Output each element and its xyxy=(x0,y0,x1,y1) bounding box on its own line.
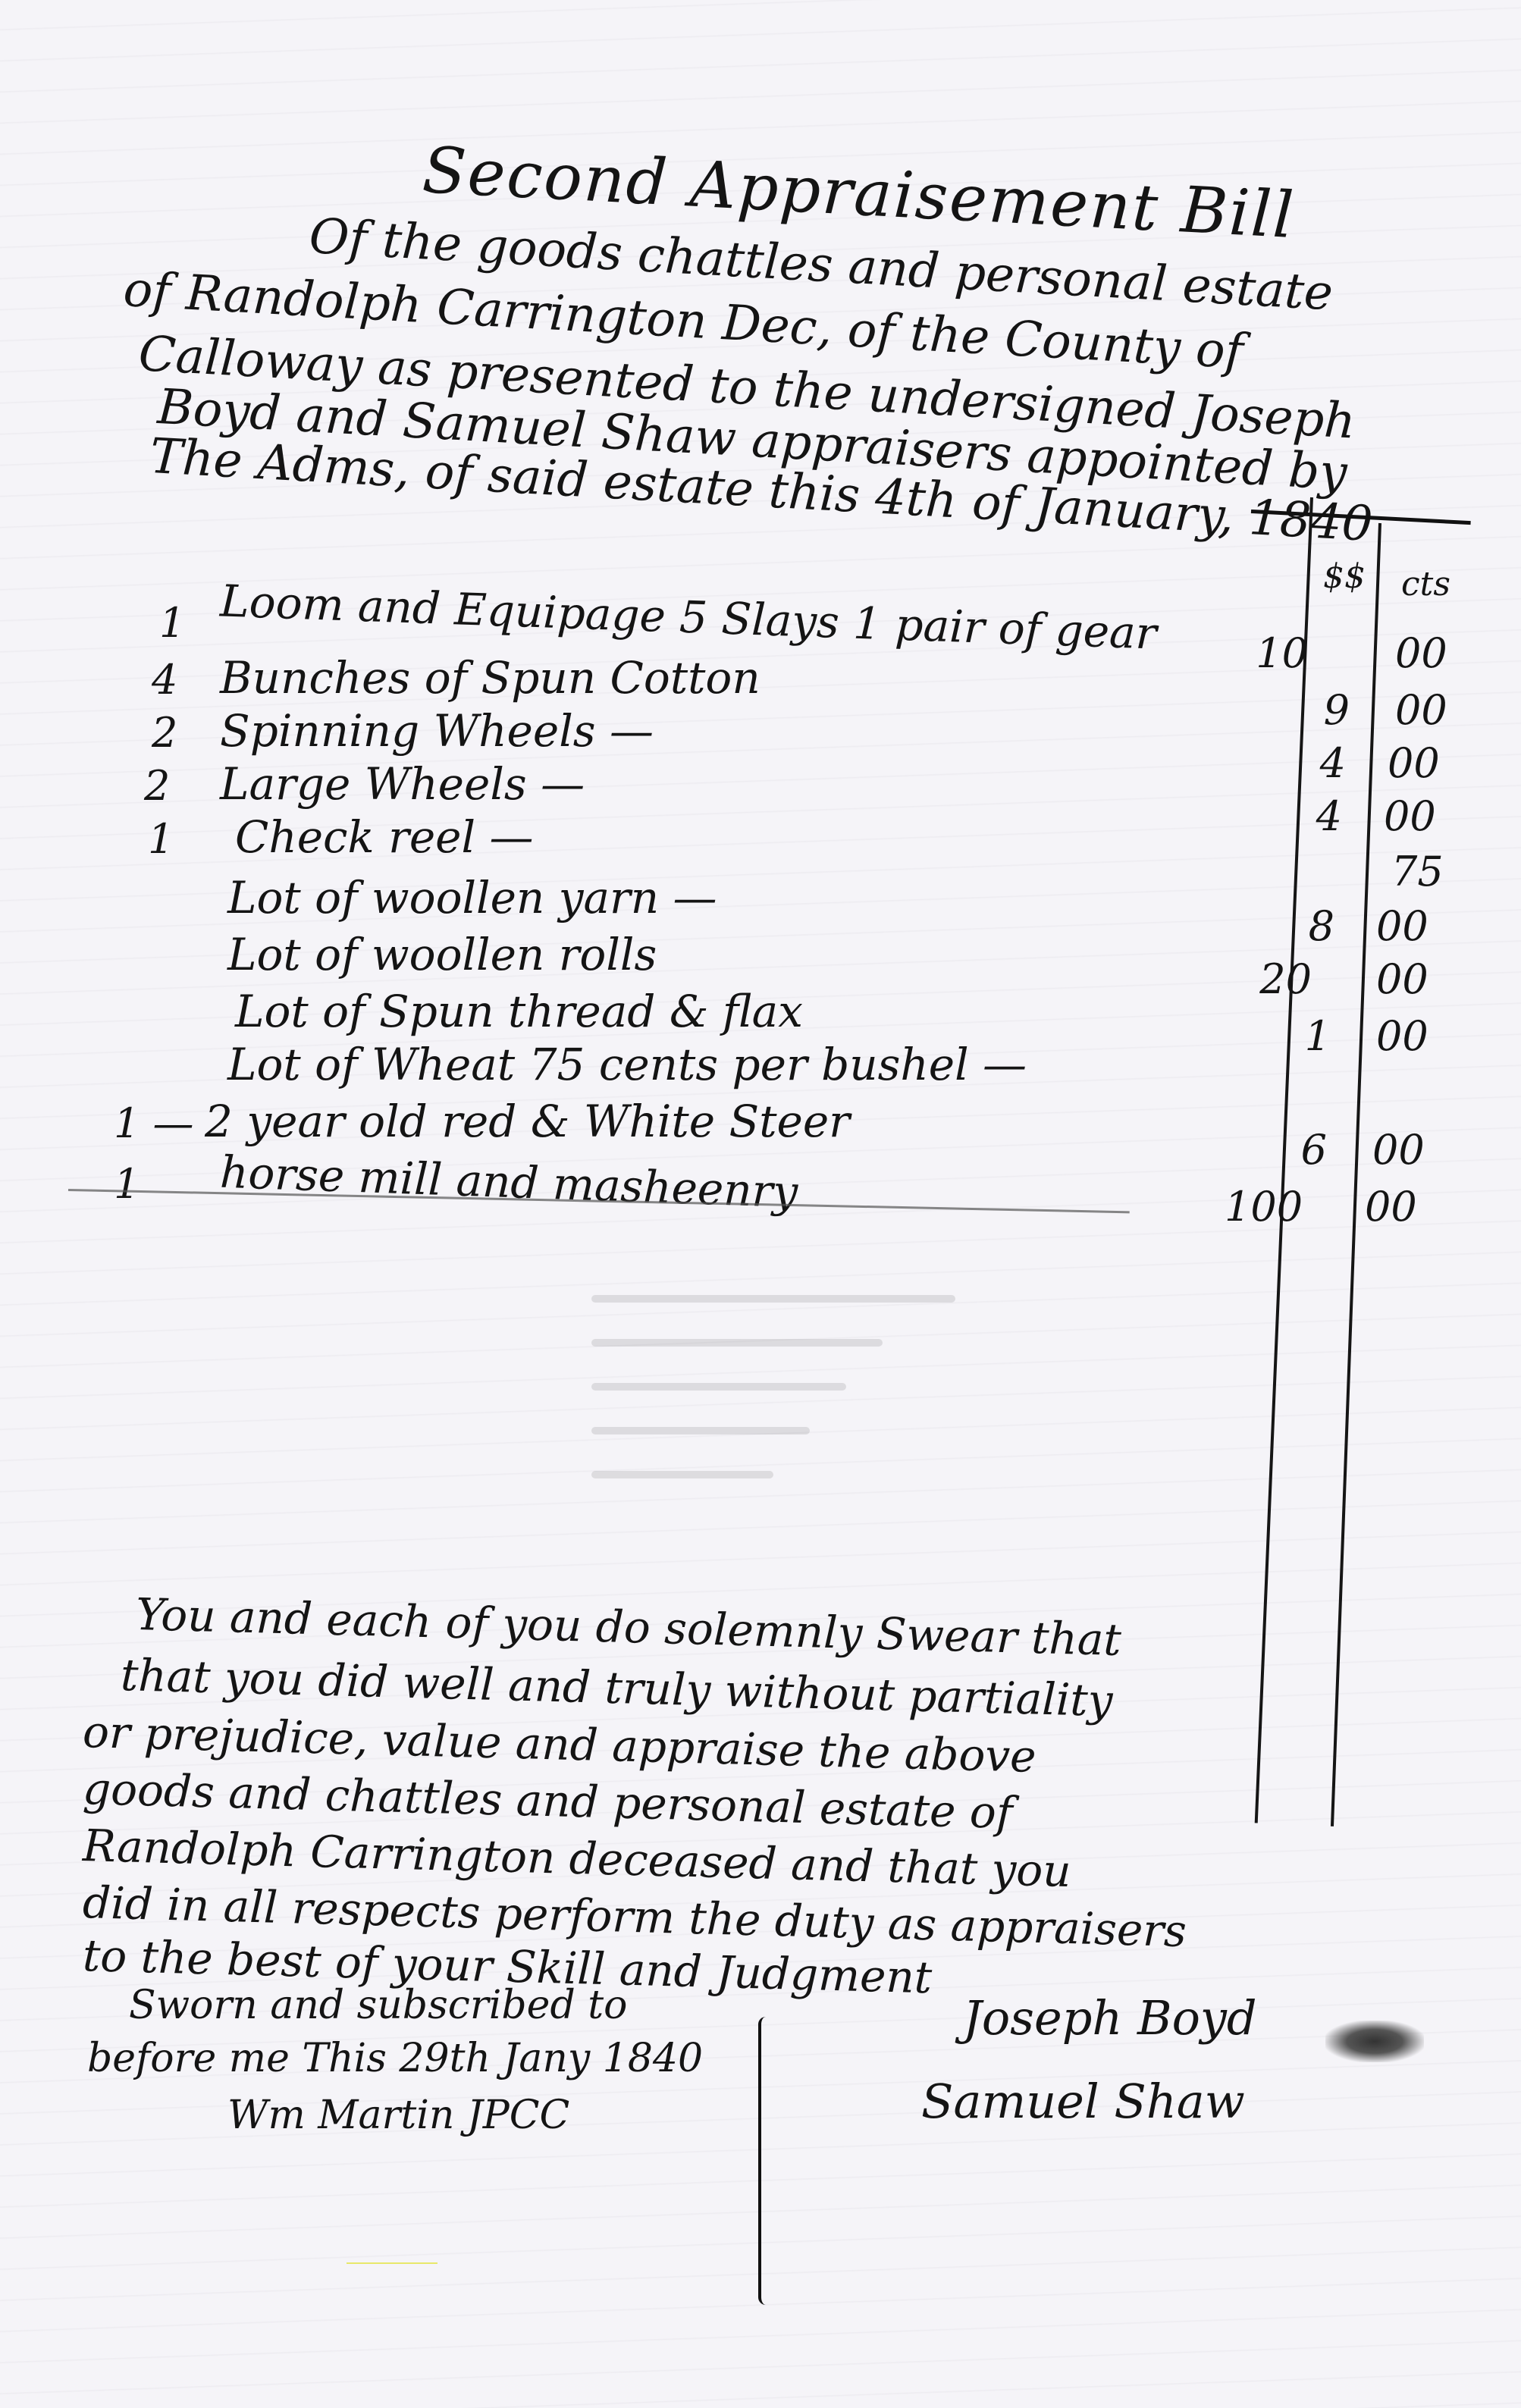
item-dollars: 8 xyxy=(1274,902,1334,950)
document-page: Second Appraisement Bill Of the goods ch… xyxy=(0,0,1521,2408)
ink-smudge xyxy=(1325,2021,1424,2062)
item-description: 2 year old red & White Steer xyxy=(205,1096,850,1147)
item-qty: 1 xyxy=(159,599,185,647)
item-cents: 00 xyxy=(1388,739,1440,787)
bracket-flourish xyxy=(758,2017,784,2305)
item-dollars: 4 xyxy=(1281,792,1342,840)
item-dollars: 100 xyxy=(1225,1183,1285,1231)
item-description: Lot of Spun thread & flax xyxy=(235,986,803,1037)
item-description: Check reel — xyxy=(235,811,533,863)
item-cents: 00 xyxy=(1376,902,1428,950)
highlight-mark xyxy=(347,2262,437,2264)
item-qty: 4 xyxy=(152,656,177,704)
bleed-through-text xyxy=(591,1259,955,1532)
column-header-dollars: $$ xyxy=(1323,557,1366,596)
column-header-cents: cts xyxy=(1401,565,1450,604)
jurat-line-2: before me This 29th Jany 1840 xyxy=(87,2036,703,2081)
item-cents: 00 xyxy=(1376,955,1428,1003)
jurat-line-1: Sworn and subscribed to xyxy=(129,1983,627,2028)
item-description: Lot of Wheat 75 cents per bushel — xyxy=(227,1039,1027,1090)
item-description: horse mill and masheenry xyxy=(219,1146,798,1218)
item-description: Lot of woollen rolls xyxy=(227,929,657,980)
item-description: Bunches of Spun Cotton xyxy=(220,652,760,704)
item-dollars: 9 xyxy=(1289,686,1350,734)
item-dollars: 4 xyxy=(1285,739,1346,787)
item-qty: 2 xyxy=(152,709,177,757)
item-cents: 00 xyxy=(1376,1012,1428,1060)
item-description: Large Wheels — xyxy=(220,758,585,810)
item-qty: 1 xyxy=(148,815,174,863)
item-dollars: 1 xyxy=(1270,1012,1331,1060)
item-description: Loom and Equipage 5 Slays 1 pair of gear xyxy=(219,575,1157,659)
item-dollars: 6 xyxy=(1266,1126,1327,1174)
item-cents: 00 xyxy=(1395,686,1447,734)
signature-samuel-shaw: Samuel Shaw xyxy=(921,2074,1245,2129)
item-dollars: 20 xyxy=(1251,955,1312,1003)
item-cents: 00 xyxy=(1365,1183,1417,1231)
item-qty: 1 xyxy=(114,1160,140,1208)
item-cents: 00 xyxy=(1372,1126,1425,1174)
item-cents: 75 xyxy=(1391,848,1444,895)
item-description: Lot of woollen yarn — xyxy=(227,872,717,923)
item-dollars: 10 xyxy=(1247,629,1308,677)
item-cents: 00 xyxy=(1395,629,1447,677)
item-qty: 2 xyxy=(144,762,170,810)
item-cents: 00 xyxy=(1384,792,1436,840)
signature-joseph-boyd: Joseph Boyd xyxy=(963,1990,1257,2046)
item-qty: 1 — xyxy=(114,1099,194,1147)
item-description: Spinning Wheels — xyxy=(220,705,654,757)
jurat-signer: Wm Martin JPCC xyxy=(227,2093,569,2138)
